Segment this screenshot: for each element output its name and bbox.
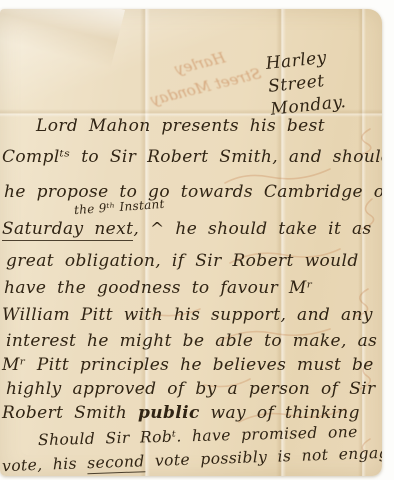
letter-line-2: Complᵗˢ to Sir Robert Smith, and should (2, 147, 382, 167)
letter-line-4-rest: , ^ he should take it as a (133, 219, 382, 239)
letter-line-9: Mʳ Pitt principles he believes must be (2, 355, 374, 375)
underlined-phrase-saturday-next: Saturday next (2, 219, 133, 241)
letter-line-6: have the goodness to favour Mʳ (4, 278, 313, 298)
letter-line-1: Lord Mahon presents his best (36, 116, 325, 136)
underlined-word-second: second (87, 452, 145, 474)
bleed-through-dateline: Harley Street Monday (134, 36, 272, 114)
letter-line-11-pre: Robert Smith (2, 403, 138, 423)
letter-line-7: William Pitt with his support, and any (2, 305, 373, 325)
letter-line-11-rest: way of thinking (200, 403, 360, 423)
letter-line-3: he propose to go towards Cambridge on (4, 182, 382, 202)
letter-line-8: interest he might be able to make, as (6, 331, 377, 351)
letter-line-12: Should Sir Robᵗ. have promised one (38, 423, 358, 449)
emphasized-word-public: public (138, 403, 200, 423)
fold-crease-corner (0, 9, 125, 68)
scan-background: { "letter": { "dateline": { "line1": "Ha… (0, 0, 394, 480)
letter-line-5: great obligation, if Sir Robert would (6, 251, 359, 271)
letter-line-11: Robert Smith public way of thinking (2, 403, 360, 423)
letter-line-13-pre: vote, his (2, 454, 88, 475)
dateline: Harley Street Monday. (265, 41, 382, 122)
letter-paper: Harley Street Monday Harley Street Monda… (0, 9, 382, 476)
letter-line-13-rest: vote possibly is not engaged. (144, 443, 382, 470)
letter-line-4: Saturday next, ^ he should take it as a (2, 219, 382, 239)
letter-line-10: highly approved of by a person of Sir (6, 379, 376, 399)
